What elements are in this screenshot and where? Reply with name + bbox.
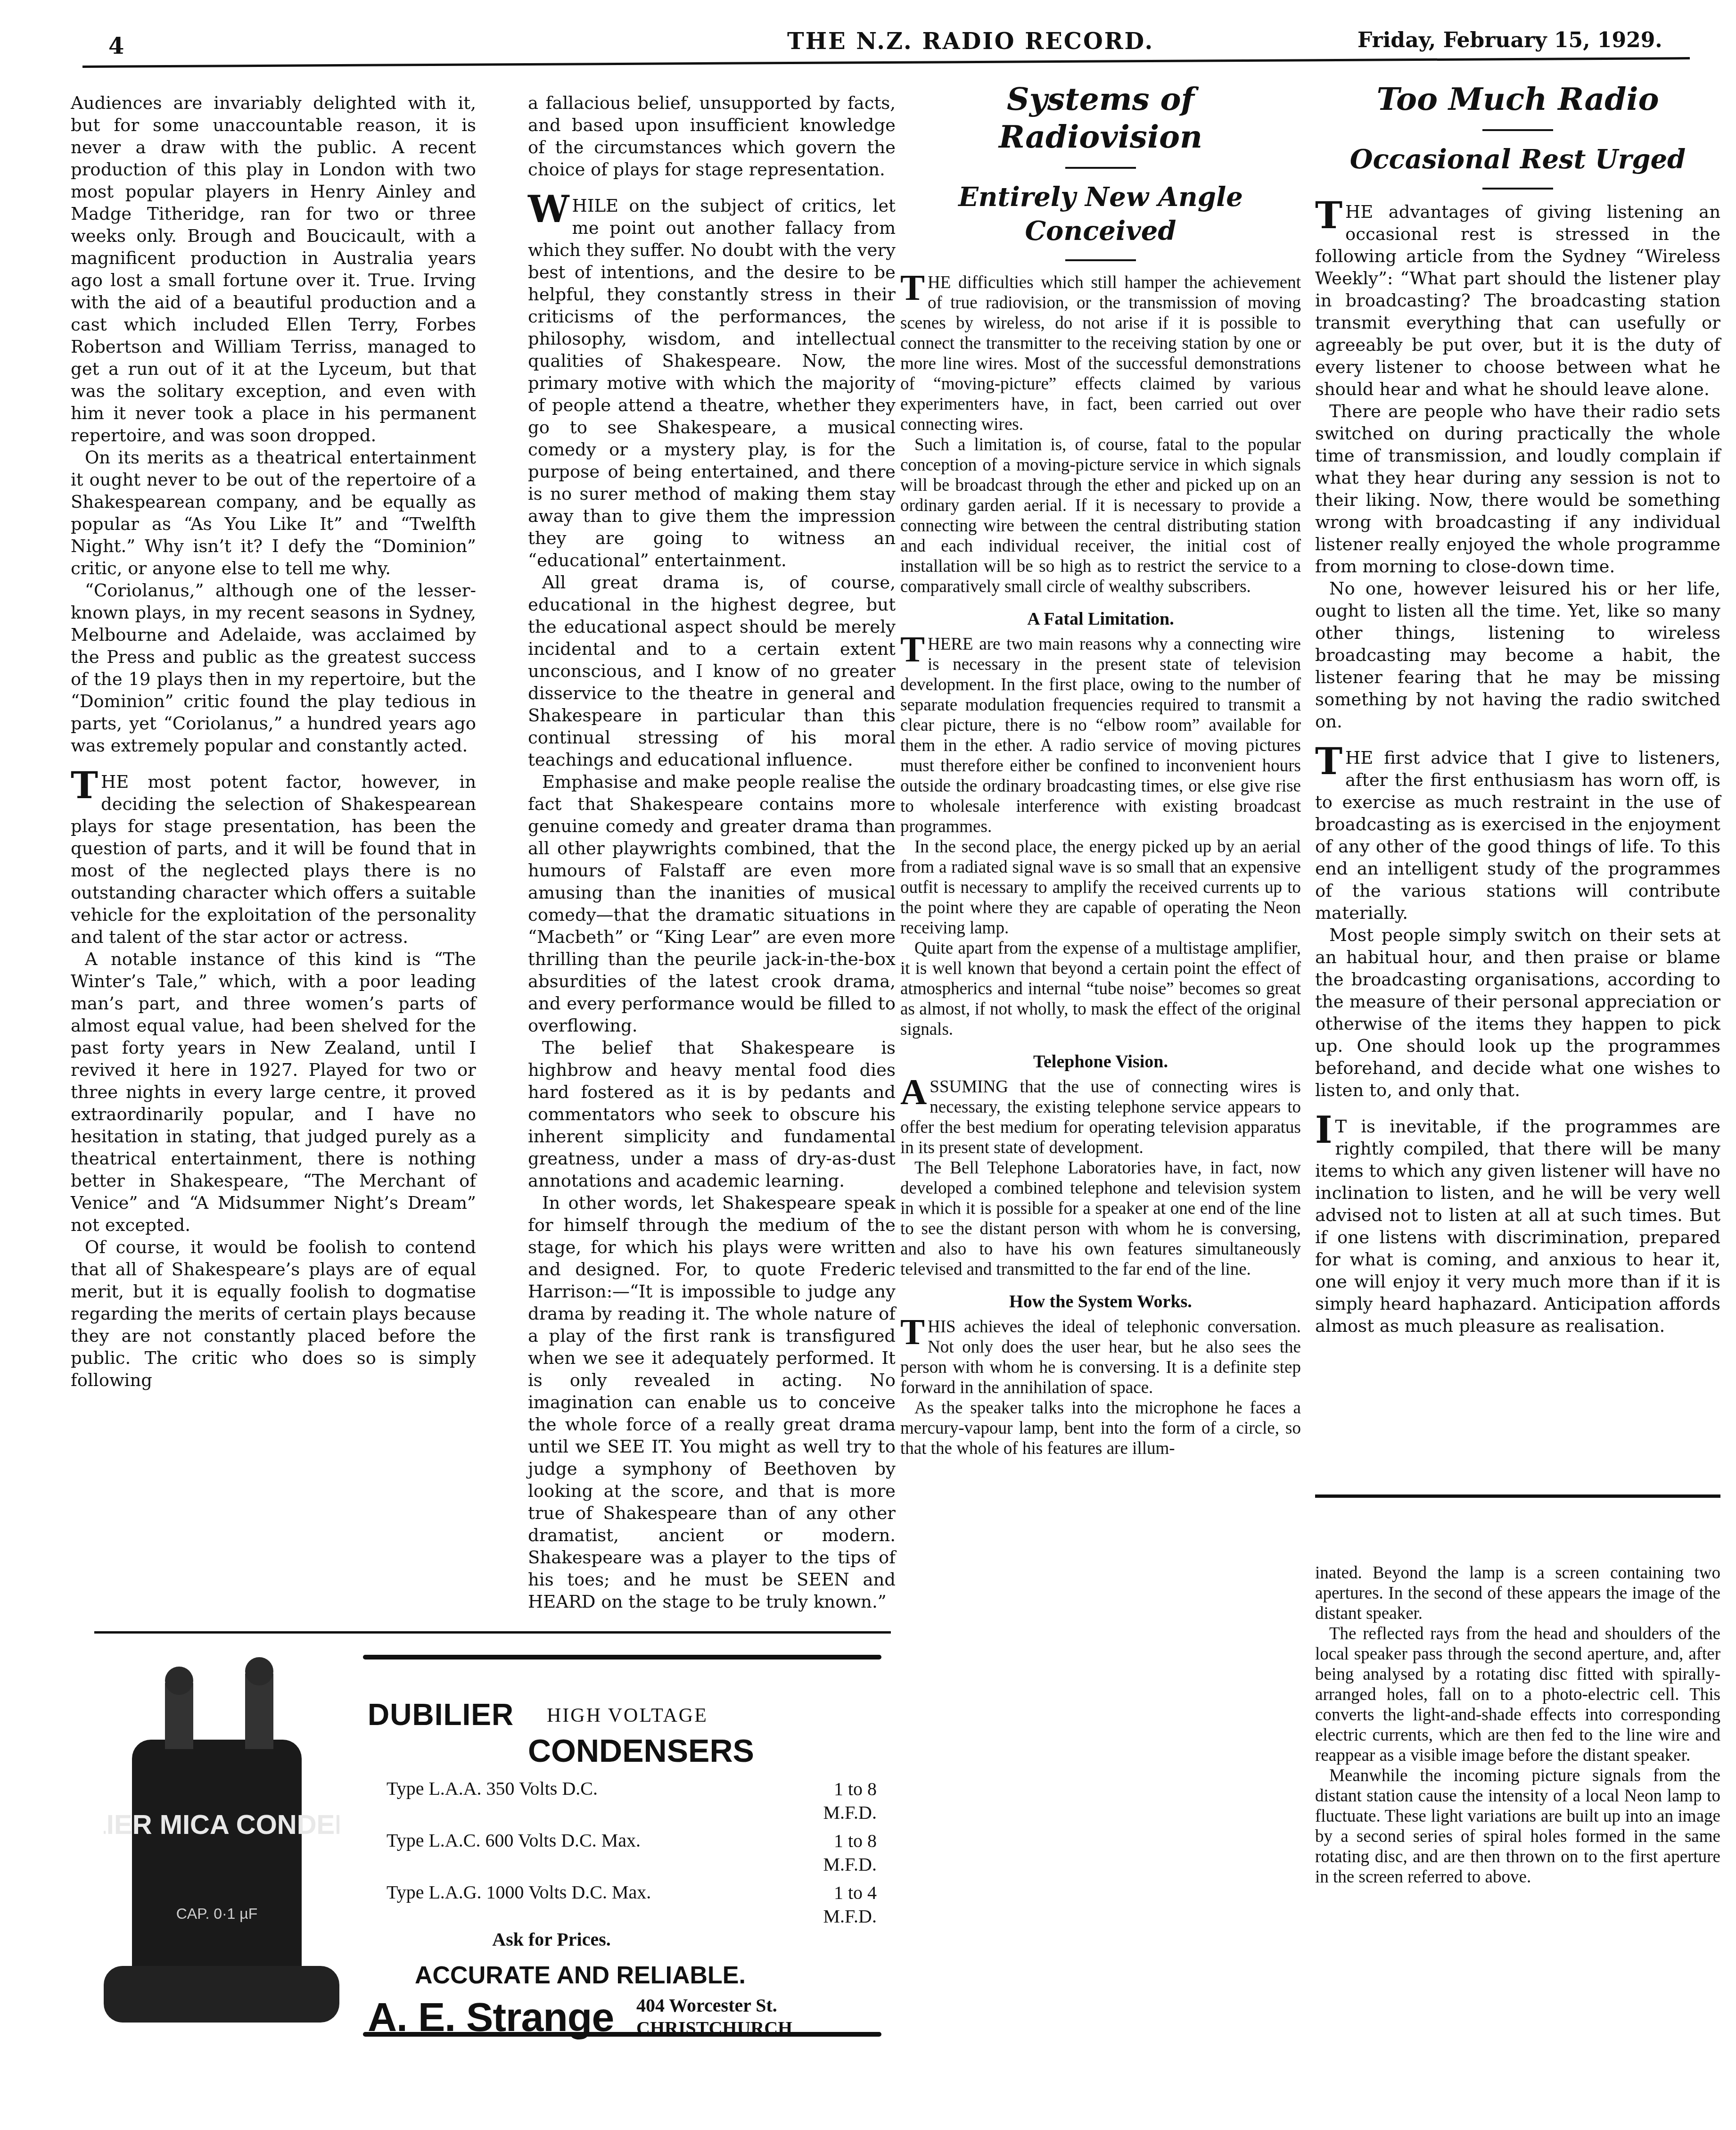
paragraph: All great drama is, of course, education…: [528, 571, 896, 771]
headline: Too Much Radio: [1315, 80, 1720, 118]
type-range: 1 to 8M.F.D.: [716, 1829, 877, 1881]
subheadline: Entirely New Angle Conceived: [900, 180, 1301, 248]
paragraph: A notable instance of this kind is “The …: [71, 948, 476, 1236]
paragraph: Emphasise and make people realise the fa…: [528, 771, 896, 1037]
advert-type-row: Type L.A.C. 600 Volts D.C. Max. 1 to 8M.…: [387, 1829, 881, 1881]
article-too-much-radio: Too Much Radio Occasional Rest Urged THE…: [1315, 80, 1720, 1337]
paragraph: As the speaker talks into the microphone…: [900, 1398, 1301, 1459]
column-divider-rule: [1315, 1494, 1720, 1498]
advert-type-row: Type L.A.A. 350 Volts D.C. 1 to 8M.F.D.: [387, 1777, 881, 1829]
paragraph: ASSUMING that the use of connecting wire…: [900, 1077, 1301, 1158]
paragraph: inated. Beyond the lamp is a screen cont…: [1315, 1563, 1720, 1624]
advert-type-row: Type L.A.G. 1000 Volts D.C. Max. 1 to 4M…: [387, 1881, 881, 1933]
advert-ask: Ask for Prices.: [94, 1928, 896, 1950]
article-radiovision-continued: inated. Beyond the lamp is a screen cont…: [1315, 1563, 1720, 1887]
paragraph: THE advantages of giving listening an oc…: [1315, 201, 1720, 400]
type-range: 1 to 4M.F.D.: [716, 1881, 877, 1933]
section-heading: A Fatal Limitation.: [900, 609, 1301, 629]
svg-text:DUBILIER MICA CONDENSER: DUBILIER MICA CONDENSER: [104, 1809, 339, 1840]
paragraph: THERE are two main reasons why a connect…: [900, 634, 1301, 837]
paragraph: The Bell Telephone Laboratories have, in…: [900, 1158, 1301, 1280]
paragraph: Quite apart from the expense of a multis…: [900, 938, 1301, 1040]
article-radiovision: Systems of Radiovision Entirely New Angl…: [900, 80, 1301, 1459]
advert-product: CONDENSERS: [528, 1733, 754, 1769]
advert-rule: [363, 1655, 881, 1659]
paragraph: THE first advice that I give to listener…: [1315, 747, 1720, 924]
paragraph: In other words, let Shakespeare speak fo…: [528, 1192, 896, 1613]
paragraph: No one, however leisured his or her life…: [1315, 578, 1720, 733]
subheadline: Occasional Rest Urged: [1315, 142, 1720, 176]
paragraph: In the second place, the energy picked u…: [900, 837, 1301, 938]
masthead: 4 THE N.Z. RADIO RECORD. Friday, Februar…: [85, 24, 1687, 57]
advert-dubilier: DUBILIER MICA CONDENSER CAP. 0·1 µF DUBI…: [94, 1636, 896, 2041]
advert-brand: DUBILIER: [368, 1697, 514, 1732]
divider: [1065, 259, 1136, 261]
paragraph: a fallacious belief, unsupported by fact…: [528, 92, 896, 181]
headline: Systems of Radiovision: [900, 80, 1301, 156]
paragraph: THE difficulties which still hamper the …: [900, 272, 1301, 435]
paragraph: Such a limitation is, of course, fatal t…: [900, 435, 1301, 597]
paragraph: Most people simply switch on their sets …: [1315, 924, 1720, 1101]
advert-type-list: Type L.A.A. 350 Volts D.C. 1 to 8M.F.D. …: [387, 1777, 881, 1933]
section-heading: How the System Works.: [900, 1292, 1301, 1312]
paragraph: THE most potent factor, however, in deci…: [71, 771, 476, 948]
column-shakespeare-2: a fallacious belief, unsupported by fact…: [528, 92, 896, 1613]
masthead-rule: [82, 57, 1690, 68]
paper-name: THE N.Z. RADIO RECORD.: [787, 28, 1154, 55]
paragraph: WHILE on the subject of critics, let me …: [528, 195, 896, 571]
paragraph: There are people who have their radio se…: [1315, 400, 1720, 578]
type-range: 1 to 8M.F.D.: [716, 1777, 877, 1829]
issue-date: Friday, February 15, 1929.: [1358, 28, 1662, 52]
paragraph: Audiences are invariably delighted with …: [71, 92, 476, 446]
svg-text:CAP. 0·1 µF: CAP. 0·1 µF: [176, 1905, 258, 1922]
page-number: 4: [108, 33, 124, 59]
column-shakespeare-1: Audiences are invariably delighted with …: [71, 92, 476, 1391]
paragraph: “Coriolanus,” although one of the lesser…: [71, 579, 476, 757]
advert-rule: [363, 2032, 881, 2037]
condenser-illustration-icon: DUBILIER MICA CONDENSER CAP. 0·1 µF: [104, 1655, 339, 2032]
paragraph: Of course, it would be foolish to conten…: [71, 1236, 476, 1391]
advert-top-rule: [94, 1631, 891, 1634]
paragraph: On its merits as a theatrical entertainm…: [71, 446, 476, 579]
divider: [1482, 188, 1553, 190]
paragraph: The reflected rays from the head and sho…: [1315, 1624, 1720, 1766]
advert-slogan: ACCURATE AND RELIABLE.: [415, 1961, 746, 1990]
advert-tagline: HIGH VOLTAGE: [547, 1704, 708, 1727]
type-label: Type L.A.C. 600 Volts D.C. Max.: [387, 1829, 716, 1881]
divider: [1065, 167, 1136, 169]
paragraph: THIS achieves the ideal of telephonic co…: [900, 1317, 1301, 1398]
type-label: Type L.A.G. 1000 Volts D.C. Max.: [387, 1881, 716, 1933]
divider: [1482, 129, 1553, 131]
paragraph: Meanwhile the incoming picture signals f…: [1315, 1766, 1720, 1887]
paragraph: The belief that Shakespeare is highbrow …: [528, 1037, 896, 1192]
paragraph: IT is inevitable, if the programmes are …: [1315, 1115, 1720, 1337]
section-heading: Telephone Vision.: [900, 1052, 1301, 1072]
type-label: Type L.A.A. 350 Volts D.C.: [387, 1777, 716, 1829]
